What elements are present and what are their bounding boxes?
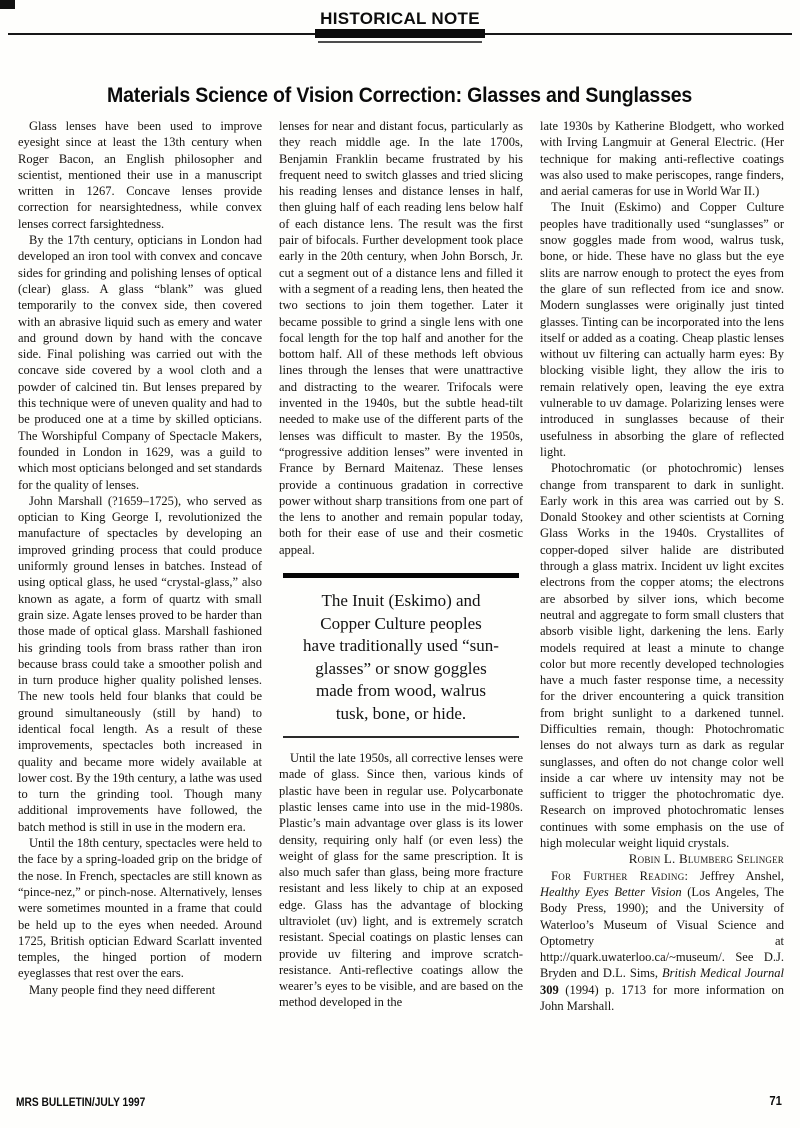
footer-page-number: 71 bbox=[769, 1094, 782, 1108]
further-reading-lead: For Further Reading: bbox=[551, 869, 700, 883]
column-1: Glass lenses have been used to improve e… bbox=[18, 118, 262, 1014]
paragraph: Until the late 1950s, all corrective len… bbox=[279, 750, 523, 1011]
further-reading: For Further Reading: Jeffrey Anshel, Hea… bbox=[540, 868, 784, 1015]
paragraph: Until the 18th century, spectacles were … bbox=[18, 835, 262, 982]
pull-quote-line: tusk, bone, or hide. bbox=[281, 703, 521, 726]
pull-quote-line: made from wood, walrus bbox=[281, 680, 521, 703]
paragraph: lenses for near and distant focus, parti… bbox=[279, 118, 523, 558]
paragraph: By the 17th century, opticians in London… bbox=[18, 232, 262, 493]
pull-quote-line: have traditionally used “sun- bbox=[281, 635, 521, 658]
further-reading-text: (1994) p. 1713 for more information on J… bbox=[540, 983, 784, 1013]
journal-title: British Medical Journal bbox=[662, 966, 784, 980]
journal-page: HISTORICAL NOTE Materials Science of Vis… bbox=[0, 0, 800, 1128]
pull-quote-line: The Inuit (Eskimo) and bbox=[281, 590, 521, 613]
title-wrap: Materials Science of Vision Correction: … bbox=[0, 84, 800, 108]
header-thick-bar bbox=[315, 29, 485, 38]
pull-quote-line: glasses” or snow goggles bbox=[281, 658, 521, 681]
header-thin-underline bbox=[318, 41, 482, 43]
paragraph: Many people find they need different bbox=[18, 982, 262, 998]
paragraph: Photochromatic (or photochromic) lenses … bbox=[540, 460, 784, 851]
paragraph: The Inuit (Eskimo) and Copper Culture pe… bbox=[540, 199, 784, 460]
author-byline: Robin L. Blumberg Selinger bbox=[540, 851, 784, 867]
book-title: Healthy Eyes Better Vision bbox=[540, 885, 682, 899]
pull-quote-bottom-rule bbox=[283, 736, 519, 738]
pull-quote-top-bar bbox=[283, 573, 519, 578]
page-header: HISTORICAL NOTE bbox=[0, 0, 800, 50]
column-2: lenses for near and distant focus, parti… bbox=[279, 118, 523, 1014]
article-body: Glass lenses have been used to improve e… bbox=[18, 118, 784, 1014]
pull-quote-line: Copper Culture peoples bbox=[281, 613, 521, 636]
page-title: Materials Science of Vision Correction: … bbox=[107, 84, 692, 108]
paragraph: late 1930s by Katherine Blodgett, who wo… bbox=[540, 118, 784, 199]
paragraph: John Marshall (?1659–1725), who served a… bbox=[18, 493, 262, 835]
section-label: HISTORICAL NOTE bbox=[0, 9, 800, 29]
journal-volume: 309 bbox=[540, 983, 559, 997]
pull-quote: The Inuit (Eskimo) and Copper Culture pe… bbox=[281, 573, 521, 738]
column-3: late 1930s by Katherine Blodgett, who wo… bbox=[540, 118, 784, 1014]
footer-journal-name: MRS BULLETIN/JULY 1997 bbox=[16, 1095, 145, 1109]
paragraph: Glass lenses have been used to improve e… bbox=[18, 118, 262, 232]
further-reading-text: Jeffrey Anshel, bbox=[700, 869, 784, 883]
